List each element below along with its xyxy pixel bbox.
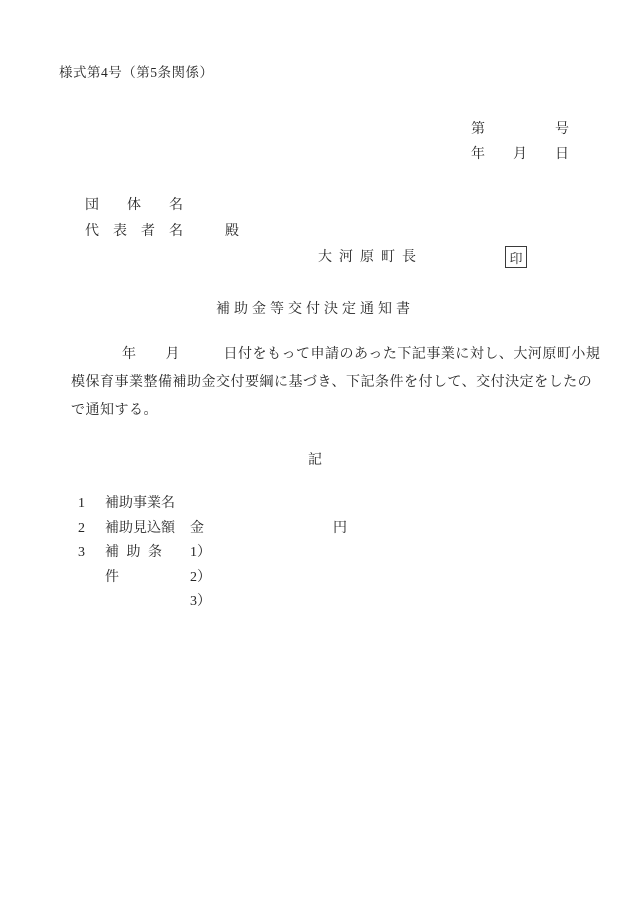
item-row-project-name: 1 補助事業名 bbox=[78, 492, 347, 517]
addressee-representative-line: 代 表 者 名 殿 bbox=[85, 219, 239, 245]
condition-line-2: 2） bbox=[190, 566, 211, 591]
item-number: 2 bbox=[78, 517, 105, 542]
item-row-conditions: 3 補助条件 1） 2） 3） bbox=[78, 541, 347, 615]
addressee-org-line: 団 体 名 bbox=[85, 193, 239, 219]
record-marker: 記 bbox=[0, 451, 630, 471]
body-line-1: 年 月 日付をもって申請のあった下記事業に対し、大河原町小規 bbox=[71, 341, 616, 369]
items-list: 1 補助事業名 2 補助見込額 金 円 3 補助条件 1） 2） 3） bbox=[78, 492, 347, 615]
item-label-estimated-amount: 補助見込額 bbox=[105, 517, 190, 542]
item-label-conditions: 補助条件 bbox=[105, 541, 190, 590]
document-page: 様式第4号（第5条関係） 第 号 年 月 日 団 体 名 代 表 者 名 殿 大… bbox=[0, 0, 630, 915]
condition-line-1: 1） bbox=[190, 541, 211, 566]
body-line-3: で通知する。 bbox=[71, 397, 616, 425]
condition-line-3: 3） bbox=[190, 590, 211, 615]
document-title: 補助金等交付決定通知書 bbox=[0, 300, 630, 320]
amount-prefix-kin: 金 bbox=[190, 517, 204, 542]
conditions-list: 1） 2） 3） bbox=[190, 541, 211, 615]
item-label-project-name: 補助事業名 bbox=[105, 492, 175, 517]
doc-meta-block: 第 号 年 月 日 bbox=[471, 117, 569, 167]
body-line-2: 模保育事業整備補助金交付要綱に基づき、下記条件を付して、交付決定をしたの bbox=[71, 369, 616, 397]
amount-suffix-yen: 円 bbox=[333, 517, 347, 542]
seal-box: 印 bbox=[505, 246, 527, 268]
form-number-label: 様式第4号（第5条関係） bbox=[59, 61, 214, 81]
sender-name: 大河原町長 bbox=[318, 248, 423, 268]
doc-date-line: 年 月 日 bbox=[471, 142, 569, 167]
item-number: 3 bbox=[78, 541, 105, 566]
doc-number-line: 第 号 bbox=[471, 117, 569, 142]
seal-label: 印 bbox=[509, 248, 522, 267]
body-paragraph: 年 月 日付をもって申請のあった下記事業に対し、大河原町小規 模保育事業整備補助… bbox=[71, 341, 616, 425]
addressee-block: 団 体 名 代 表 者 名 殿 bbox=[85, 193, 239, 245]
item-number: 1 bbox=[78, 492, 105, 517]
item-row-estimated-amount: 2 補助見込額 金 円 bbox=[78, 517, 347, 542]
